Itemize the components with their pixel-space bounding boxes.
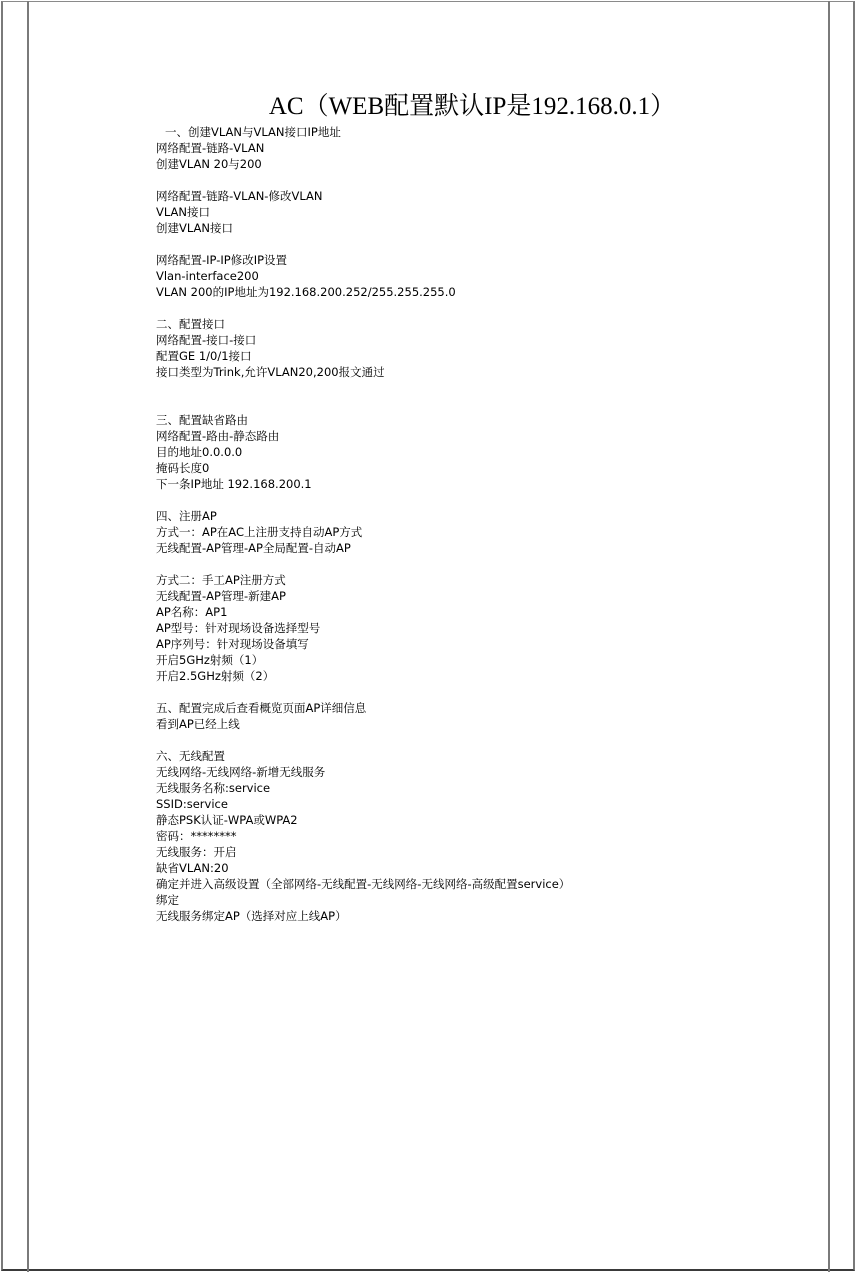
text-line: 无线网络-无线网络-新增无线服务 xyxy=(156,764,570,780)
text-line: SSID:service xyxy=(156,796,570,812)
text-line: VLAN接口 xyxy=(156,204,570,220)
right-margin-line xyxy=(828,1,830,1272)
text-line: 无线服务名称:service xyxy=(156,780,570,796)
text-line: 无线配置-AP管理-新建AP xyxy=(156,588,570,604)
text-line: 网络配置-接口-接口 xyxy=(156,332,570,348)
text-line: 无线服务：开启 xyxy=(156,844,570,860)
text-line: 下一条IP地址 192.168.200.1 xyxy=(156,476,570,492)
text-line: AP型号：针对现场设备选择型号 xyxy=(156,620,570,636)
left-margin-line xyxy=(27,1,29,1272)
text-line: 方式一：AP在AC上注册支持自动AP方式 xyxy=(156,524,570,540)
text-line: 绑定 xyxy=(156,892,570,908)
text-line: 缺省VLAN:20 xyxy=(156,860,570,876)
blank-line xyxy=(156,492,570,508)
text-line: VLAN 200的IP地址为192.168.200.252/255.255.25… xyxy=(156,284,570,300)
blank-line xyxy=(156,172,570,188)
document-body: 一、创建VLAN与VLAN接口IP地址 网络配置-链路-VLAN 创建VLAN … xyxy=(156,124,570,924)
document-title: AC（WEB配置默认IP是192.168.0.1） xyxy=(0,91,858,123)
text-line: 密码：******** xyxy=(156,828,570,844)
text-line: 开启2.5GHz射频（2） xyxy=(156,668,570,684)
text-line: 接口类型为Trink,允许VLAN20,200报文通过 xyxy=(156,364,570,380)
text-line: 网络配置-链路-VLAN xyxy=(156,140,570,156)
text-line: 无线服务绑定AP（选择对应上线AP） xyxy=(156,908,570,924)
text-line: 创建VLAN接口 xyxy=(156,220,570,236)
text-line: 静态PSK认证-WPA或WPA2 xyxy=(156,812,570,828)
text-line: 配置GE 1/0/1接口 xyxy=(156,348,570,364)
text-line: AP序列号：针对现场设备填写 xyxy=(156,636,570,652)
section-heading-1: 一、创建VLAN与VLAN接口IP地址 xyxy=(165,124,570,140)
text-line: AP名称：AP1 xyxy=(156,604,570,620)
blank-line xyxy=(156,300,570,316)
text-line: 确定并进入高级设置（全部网络-无线配置-无线网络-无线网络-高级配置servic… xyxy=(156,876,570,892)
text-line: Vlan-interface200 xyxy=(156,268,570,284)
text-line: 无线配置-AP管理-AP全局配置-自动AP xyxy=(156,540,570,556)
section-heading-6: 六、无线配置 xyxy=(156,748,570,764)
section-heading-2: 二、配置接口 xyxy=(156,316,570,332)
text-line: 创建VLAN 20与200 xyxy=(156,156,570,172)
text-line: 掩码长度0 xyxy=(156,460,570,476)
text-line: 目的地址0.0.0.0 xyxy=(156,444,570,460)
text-line: 网络配置-路由-静态路由 xyxy=(156,428,570,444)
section-heading-4: 四、注册AP xyxy=(156,508,570,524)
blank-line xyxy=(156,684,570,700)
text-line: 网络配置-IP-IP修改IP设置 xyxy=(156,252,570,268)
blank-line xyxy=(156,556,570,572)
text-line: 看到AP已经上线 xyxy=(156,716,570,732)
blank-line xyxy=(156,396,570,412)
blank-line xyxy=(156,732,570,748)
text-line: 方式二：手工AP注册方式 xyxy=(156,572,570,588)
section-heading-5: 五、配置完成后查看概览页面AP详细信息 xyxy=(156,700,570,716)
text-line: 网络配置-链路-VLAN-修改VLAN xyxy=(156,188,570,204)
blank-line xyxy=(156,380,570,396)
blank-line xyxy=(156,236,570,252)
text-line: 开启5GHz射频（1） xyxy=(156,652,570,668)
section-heading-3: 三、配置缺省路由 xyxy=(156,412,570,428)
